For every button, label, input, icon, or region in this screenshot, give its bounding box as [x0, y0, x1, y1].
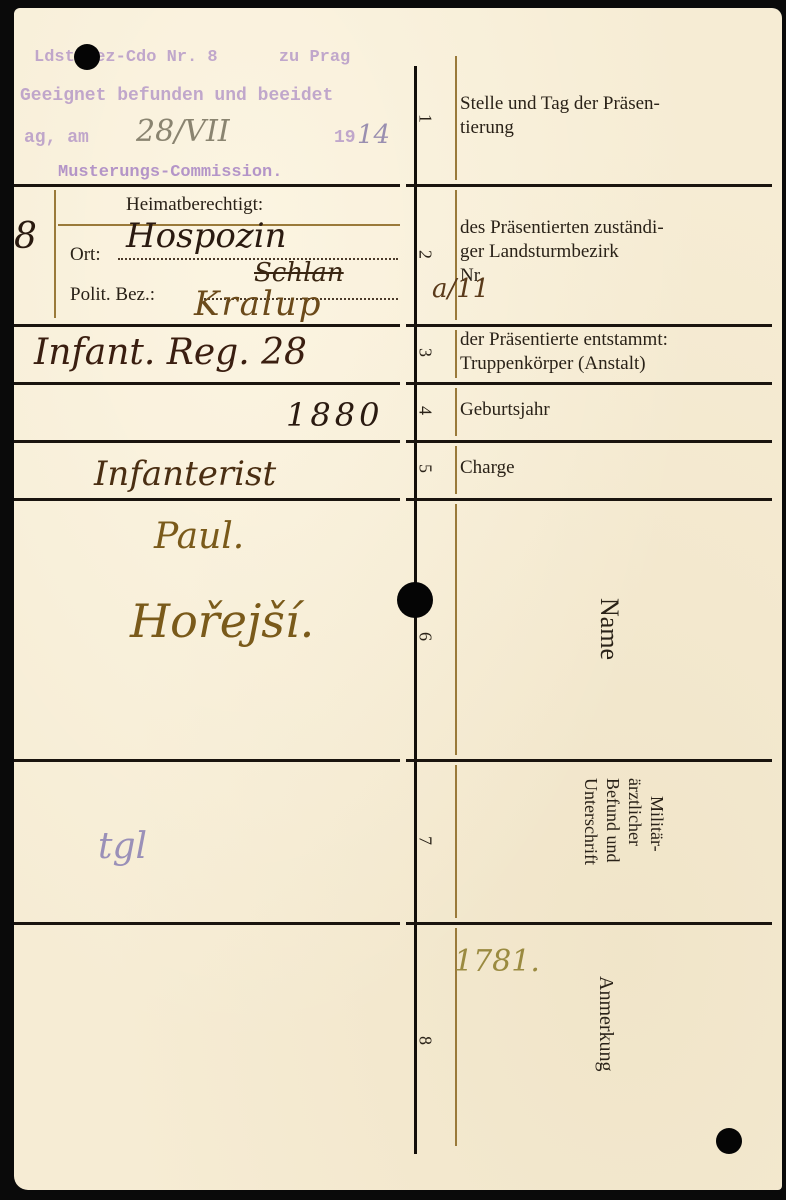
stamp-year-print: 19 — [334, 128, 356, 148]
heimat-ort-value: Hospozin — [126, 216, 287, 256]
field-value-6-last: Hořejší. — [130, 594, 314, 648]
divider-gold — [455, 504, 457, 755]
rule — [406, 498, 772, 501]
field-label-1-text: Stelle und Tag der Präsen- tierung — [460, 92, 660, 140]
punch-hole-bottom — [716, 1128, 742, 1154]
stamp-line-4: Musterungs-Commission. — [58, 163, 282, 182]
field-value-8: 1781. — [454, 944, 540, 979]
divider-gold — [455, 388, 457, 436]
rule — [406, 324, 772, 327]
margin-mark: 8 — [14, 216, 37, 257]
rule — [406, 382, 772, 385]
field-value-2: a/11 — [432, 274, 489, 304]
stamp-line-2: Geeignet befunden und beeidet — [20, 86, 333, 106]
divider-gold — [455, 765, 457, 918]
field-value-6-first: Paul. — [154, 516, 244, 557]
heimat-ort-label: Ort: — [70, 244, 101, 266]
field-label-7-text: Militär- ärztlicher Befund und Unterschr… — [581, 778, 667, 865]
field-label-8: Anmerkung — [594, 976, 617, 1072]
field-value-7: tgl — [98, 826, 147, 867]
stamp-year-handwritten: 14 — [357, 120, 390, 150]
heimat-bez-value: Kralup — [194, 284, 322, 324]
field-number-6: 6 — [415, 627, 436, 647]
field-label-5: Charge — [460, 456, 515, 480]
field-label-3-text: der Präsentierte entstammt: Truppenkörpe… — [460, 328, 668, 376]
rule — [14, 184, 400, 187]
rule — [14, 498, 400, 501]
heimat-bez-label: Polit. Bez.: — [70, 284, 155, 306]
rule — [14, 759, 400, 762]
field-label-2-text: des Präsentierten zuständi- ger Landstur… — [460, 216, 664, 288]
field-number-8: 8 — [415, 1031, 436, 1051]
punch-hole-top — [74, 44, 100, 70]
divider-gold — [455, 446, 457, 494]
field-value-4: 1880 — [286, 396, 383, 434]
rule — [406, 440, 772, 443]
heimat-box-divider — [54, 190, 56, 318]
field-label-2: des Präsentierten zuständi- ger Landstur… — [460, 216, 664, 288]
divider-gold — [455, 56, 457, 180]
divider-gold — [455, 330, 457, 378]
rule — [14, 440, 400, 443]
field-number-7: 7 — [415, 831, 436, 851]
stamp-date-handwritten: 28/VII — [136, 114, 230, 149]
field-label-4: Geburtsjahr — [460, 398, 550, 422]
field-label-7: Militär- ärztlicher Befund und Unterschr… — [558, 778, 690, 928]
field-label-6: Name — [594, 598, 624, 660]
field-number-2: 2 — [415, 245, 436, 265]
field-number-1: 1 — [415, 109, 436, 129]
field-label-1: Stelle und Tag der Präsen- tierung — [460, 92, 660, 140]
field-number-3: 3 — [415, 343, 436, 363]
stamp-line-3-prefix: ag, am — [24, 128, 89, 148]
rule — [14, 382, 400, 385]
registration-card: Ldst-Bez-Cdo Nr. 8 zu Prag Geeignet befu… — [14, 8, 782, 1190]
field-value-5: Infanterist — [94, 454, 276, 494]
field-number-5: 5 — [415, 459, 436, 479]
field-number-4: 4 — [415, 401, 436, 421]
rule — [14, 324, 400, 327]
heimat-title: Heimatberechtigt: — [126, 194, 263, 216]
field-label-3: der Präsentierte entstammt: Truppenkörpe… — [460, 328, 668, 376]
punch-hole-middle — [397, 582, 433, 618]
rule — [14, 922, 400, 925]
rule — [406, 184, 772, 187]
rule — [406, 759, 772, 762]
field-value-3: Infant. Reg. 28 — [34, 332, 307, 373]
